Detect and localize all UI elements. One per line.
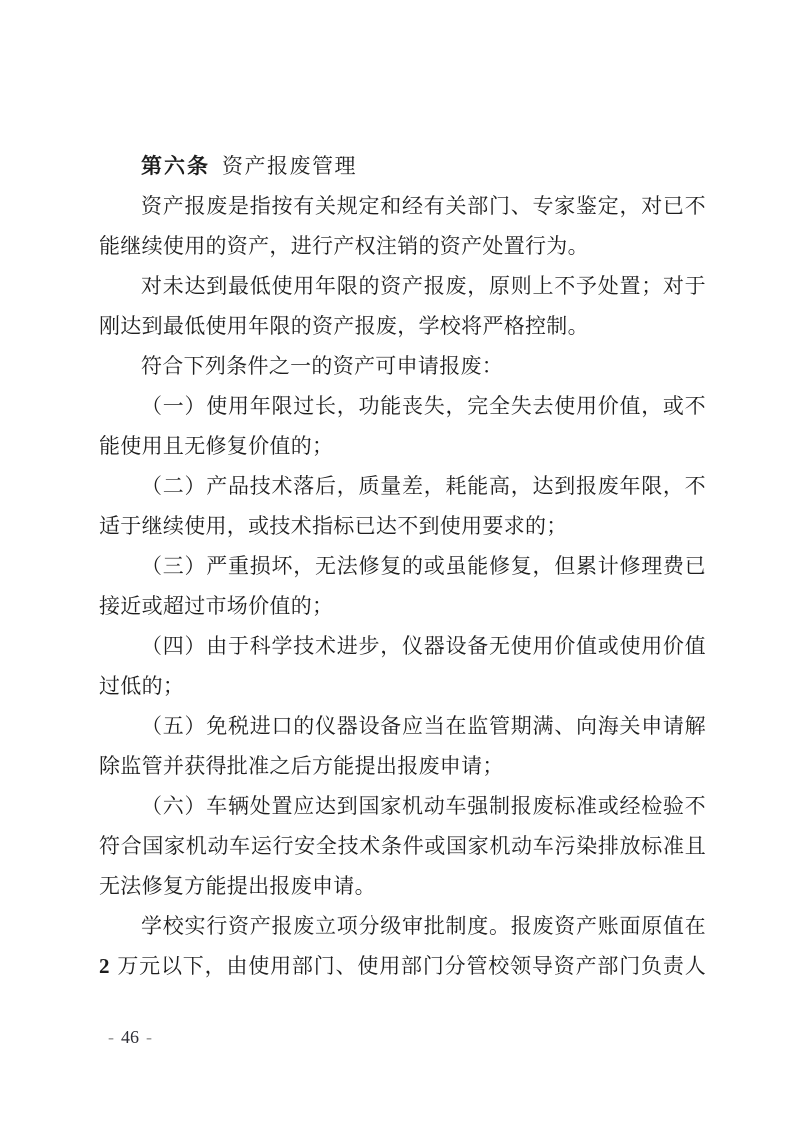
document-body: 第六条资产报废管理 资产报废是指按有关规定和经有关部门、专家鉴定，对已不能继续使… bbox=[99, 146, 706, 986]
text-line: 刚达到最低使用年限的资产报废，学校将严格控制。 bbox=[99, 306, 706, 346]
article-title: 资产报废管理 bbox=[222, 154, 357, 178]
text-line: 资产报废是指按有关规定和经有关部门、专家鉴定，对已不 bbox=[99, 186, 706, 226]
text-line: 能使用且无修复价值的； bbox=[99, 426, 706, 466]
text-line: 无法修复方能提出报废申请。 bbox=[99, 866, 706, 906]
text-line: 适于继续使用，或技术指标已达不到使用要求的； bbox=[99, 506, 706, 546]
text-line: 能继续使用的资产，进行产权注销的资产处置行为。 bbox=[99, 226, 706, 266]
text-line: （五）免税进口的仪器设备应当在监管期满、向海关申请解 bbox=[99, 706, 706, 746]
text-line: （一）使用年限过长，功能丧失，完全失去使用价值，或不 bbox=[99, 386, 706, 426]
numeral: 2 bbox=[99, 954, 110, 978]
text-line: 过低的； bbox=[99, 666, 706, 706]
text-line: （二）产品技术落后，质量差，耗能高，达到报废年限，不 bbox=[99, 466, 706, 506]
footer-dash-right: - bbox=[146, 1027, 152, 1047]
text-line: （三）严重损坏，无法修复的或虽能修复，但累计修理费已 bbox=[99, 546, 706, 586]
text-line: 符合国家机动车运行安全技术条件或国家机动车污染排放标准且 bbox=[99, 826, 706, 866]
article-number: 第六条 bbox=[141, 154, 210, 178]
text-line: 学校实行资产报废立项分级审批制度。报废资产账面原值在 bbox=[99, 906, 706, 946]
text-line: 除监管并获得批准之后方能提出报废申请； bbox=[99, 746, 706, 786]
text-line: （四）由于科学技术进步，仪器设备无使用价值或使用价值 bbox=[99, 626, 706, 666]
text-line: （六）车辆处置应达到国家机动车强制报废标准或经检验不 bbox=[99, 786, 706, 826]
text-line: 符合下列条件之一的资产可申请报废： bbox=[99, 346, 706, 386]
page-number: 46 bbox=[121, 1027, 139, 1047]
paragraphs: 资产报废是指按有关规定和经有关部门、专家鉴定，对已不能继续使用的资产，进行产权注… bbox=[99, 186, 706, 986]
document-page: 第六条资产报废管理 资产报废是指按有关规定和经有关部门、专家鉴定，对已不能继续使… bbox=[0, 0, 794, 1123]
footer-dash-left: - bbox=[108, 1027, 114, 1047]
text-line: 2万元以下，由使用部门、使用部门分管校领导资产部门负责人 bbox=[99, 946, 706, 986]
text-line: 对未达到最低使用年限的资产报废，原则上不予处置；对于 bbox=[99, 266, 706, 306]
text-line: 接近或超过市场价值的； bbox=[99, 586, 706, 626]
page-footer: -46- bbox=[101, 1024, 159, 1050]
article-heading: 第六条资产报废管理 bbox=[99, 146, 706, 186]
